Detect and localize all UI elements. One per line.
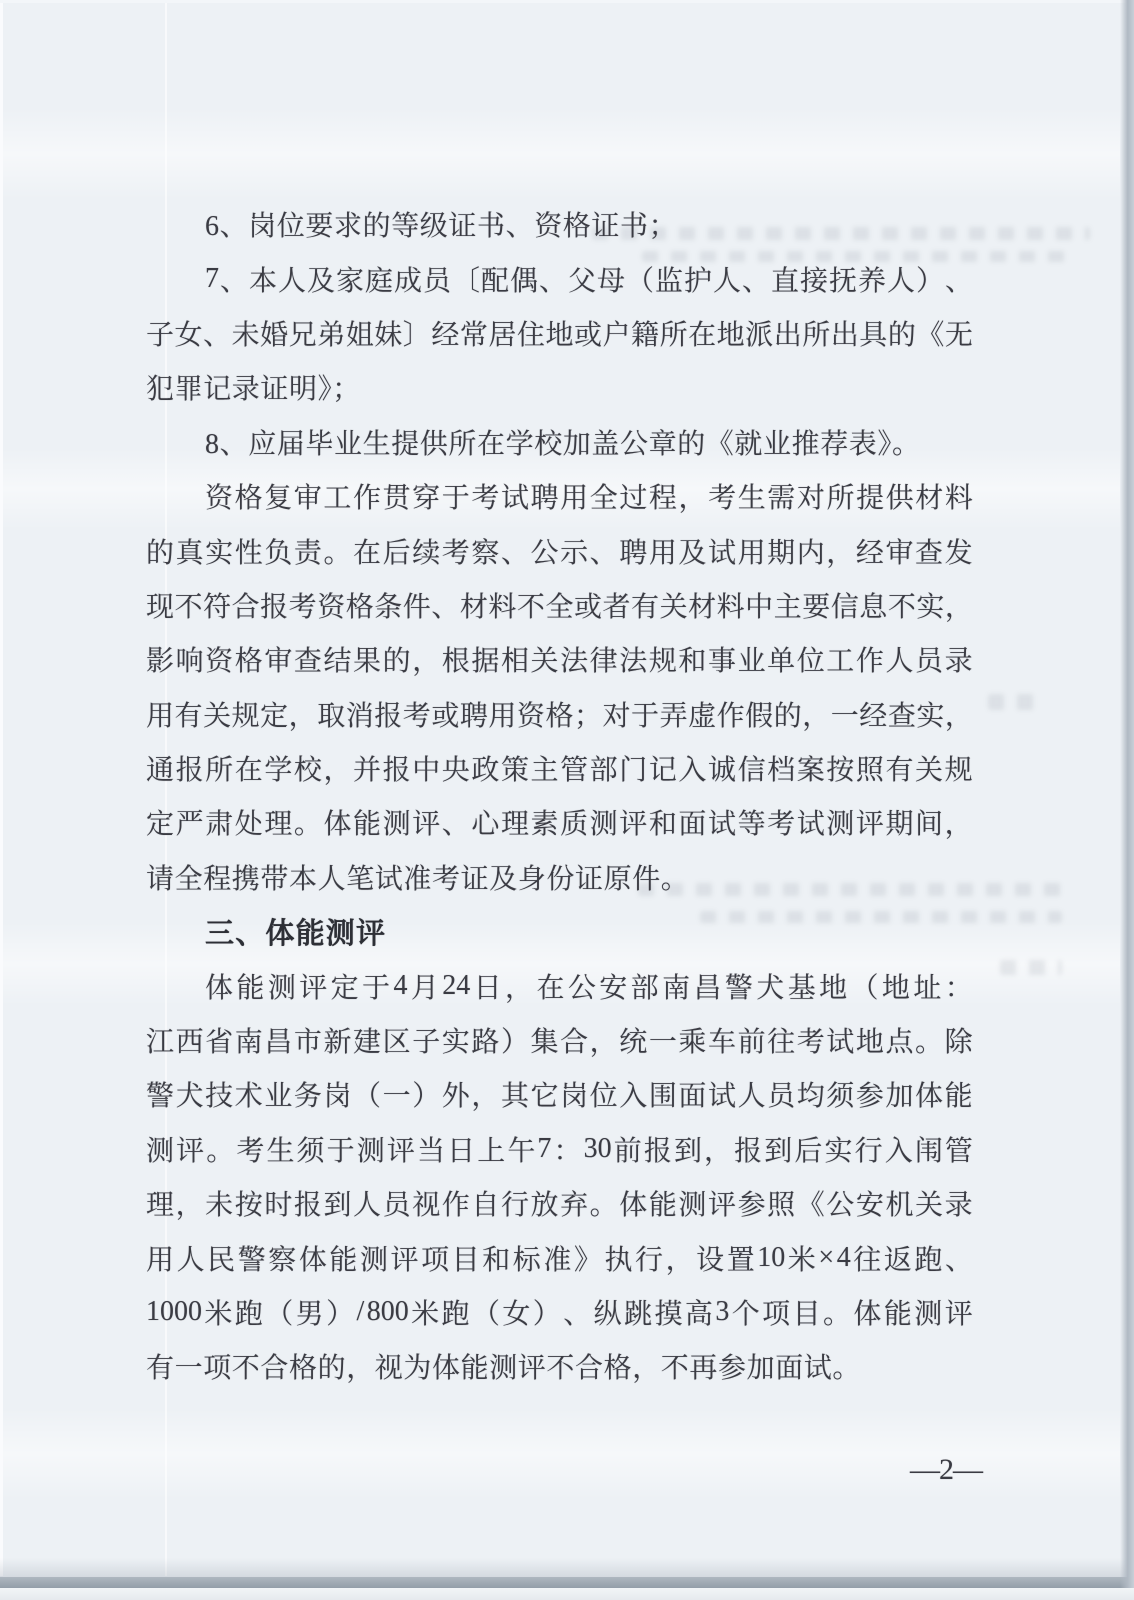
text-line: 用有关规定，取消报考或聘用资格；对于弄虚作假的，一经查实， — [146, 687, 973, 741]
text-line: 通报所在学校，并报中央政策主管部门记入诚信档案按照有关规 — [146, 741, 973, 795]
scan-light-band — [0, 108, 1120, 200]
text-line: 测评。考生须于测评当日上午7：30前报到，报到后实行入闱管 — [146, 1122, 973, 1176]
text-line: 理，未按时报到人员视作自行放弃。体能测评参照《公安机关录 — [146, 1176, 973, 1230]
text-line: 请全程携带本人笔试准考证及身份证原件。 — [146, 850, 973, 904]
paper-sheet: 6、岗位要求的等级证书、资格证书；7、本人及家庭成员〔配偶、父母（监护人、直接抚… — [0, 0, 1134, 1588]
scan-right-edge — [1120, 0, 1134, 1588]
text-line: 6、岗位要求的等级证书、资格证书； — [146, 197, 973, 251]
text-line: 犯罪记录证明》； — [146, 360, 973, 414]
scan-background-below — [0, 1588, 1134, 1600]
text-line: 1000米跑（男）/800米跑（女）、纵跳摸高3个项目。体能测评 — [146, 1285, 973, 1339]
text-line: 7、本人及家庭成员〔配偶、父母（监护人、直接抚养人）、 — [146, 251, 973, 305]
text-line: 用人民警察体能测评项目和标准》执行，设置10米×4往返跑、 — [146, 1230, 973, 1284]
text-line: 现不符合报考资格条件、材料不全或者有关材料中主要信息不实， — [146, 578, 973, 632]
bleed-through-artifact — [1000, 960, 1062, 975]
text-line: 定严肃处理。体能测评、心理素质测评和面试等考试测评期间， — [146, 795, 973, 849]
document-body: 6、岗位要求的等级证书、资格证书；7、本人及家庭成员〔配偶、父母（监护人、直接抚… — [146, 197, 973, 1394]
scan-top-edge — [0, 0, 1134, 3]
text-line: 警犬技术业务岗（一）外，其它岗位入围面试人员均须参加体能 — [146, 1067, 973, 1121]
scan-bottom-shadow — [0, 1558, 1134, 1577]
text-line: 影响资格审查结果的，根据相关法律法规和事业单位工作人员录 — [146, 632, 973, 686]
text-line: 子女、未婚兄弟姐妹〕经常居住地或户籍所在地派出所出具的《无 — [146, 306, 973, 360]
text-line: 体能测评定于4月24日，在公安部南昌警犬基地（地址： — [146, 958, 973, 1012]
text-line: 江西省南昌市新建区子实路）集合，统一乘车前往考试地点。除 — [146, 1013, 973, 1067]
scan-left-edge — [0, 0, 3, 1576]
text-line: 有一项不合格的，视为体能测评不合格，不再参加面试。 — [146, 1339, 973, 1393]
section-heading: 三、体能测评 — [146, 904, 973, 958]
text-line: 资格复审工作贯穿于考试聘用全过程，考生需对所提供材料 — [146, 469, 973, 523]
page-number: —2— — [898, 1447, 994, 1493]
text-line: 8、应届毕业生提供所在学校加盖公章的《就业推荐表》。 — [146, 415, 973, 469]
bleed-through-artifact — [988, 694, 1046, 710]
text-line: 的真实性负责。在后续考察、公示、聘用及试用期内，经审查发 — [146, 523, 973, 577]
scan-bottom-edge — [0, 1577, 1134, 1588]
